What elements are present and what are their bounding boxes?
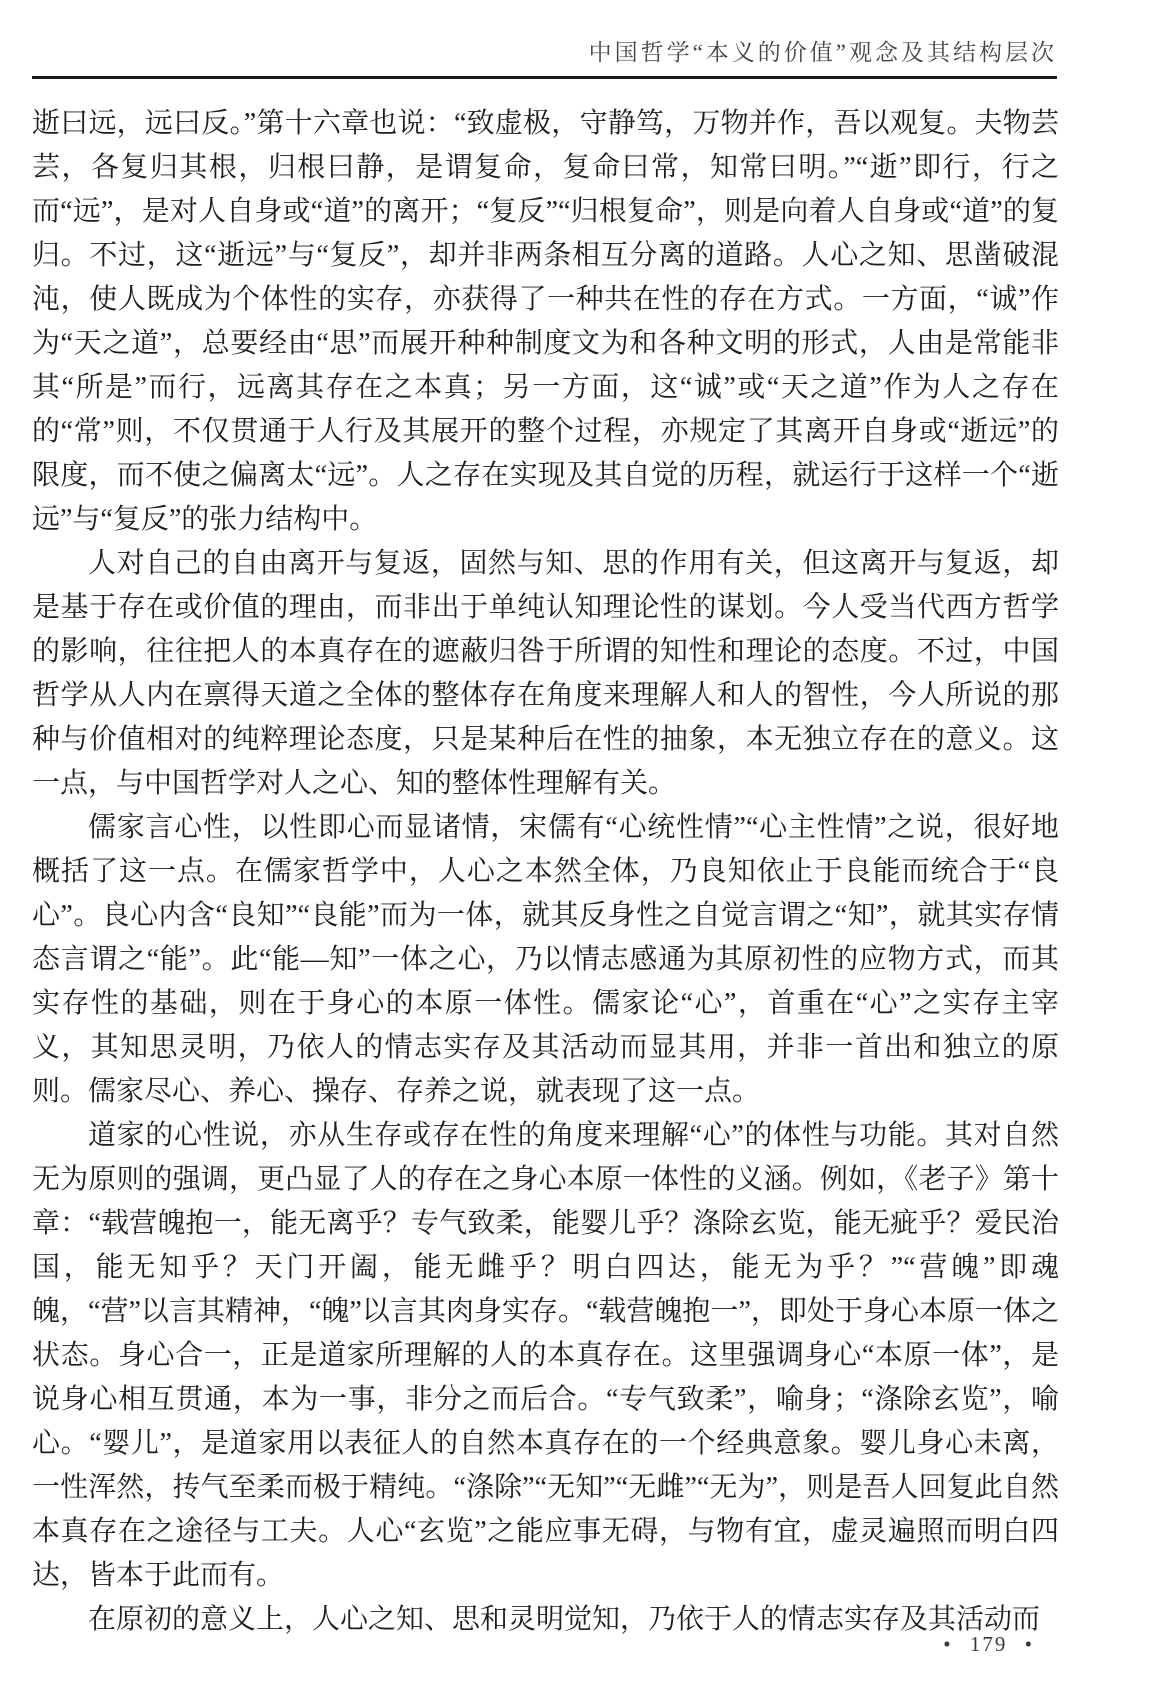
- header-rule: [32, 76, 1057, 79]
- body-paragraph: 道家的心性说，亦从生存或存在性的角度来理解“心”的体性与功能。其对自然无为原则的…: [32, 1114, 1059, 1598]
- body-paragraph: 在原初的意义上，人心之知、思和灵明觉知，乃依于人的情志实存及其活动而: [32, 1598, 1059, 1642]
- body-paragraph: 逝曰远，远曰反。”第十六章也说：“致虚极，守静笃，万物并作，吾以观复。夫物芸芸，…: [32, 102, 1059, 542]
- body-paragraph: 人对自己的自由离开与复返，固然与知、思的作用有关，但这离开与复返，却是基于存在或…: [32, 542, 1059, 806]
- body-paragraph: 儒家言心性，以性即心而显诸情，宋儒有“心统性情”“心主性情”之说，很好地概括了这…: [32, 806, 1059, 1114]
- body-text: 逝曰远，远曰反。”第十六章也说：“致虚极，守静笃，万物并作，吾以观复。夫物芸芸，…: [32, 102, 1059, 1642]
- book-page: 中国哲学“本义的价值”观念及其结构层次 逝曰远，远曰反。”第十六章也说：“致虚极…: [0, 0, 1156, 1698]
- page-number: • 179 •: [943, 1632, 1034, 1657]
- running-header-title: 中国哲学“本义的价值”观念及其结构层次: [32, 34, 1057, 67]
